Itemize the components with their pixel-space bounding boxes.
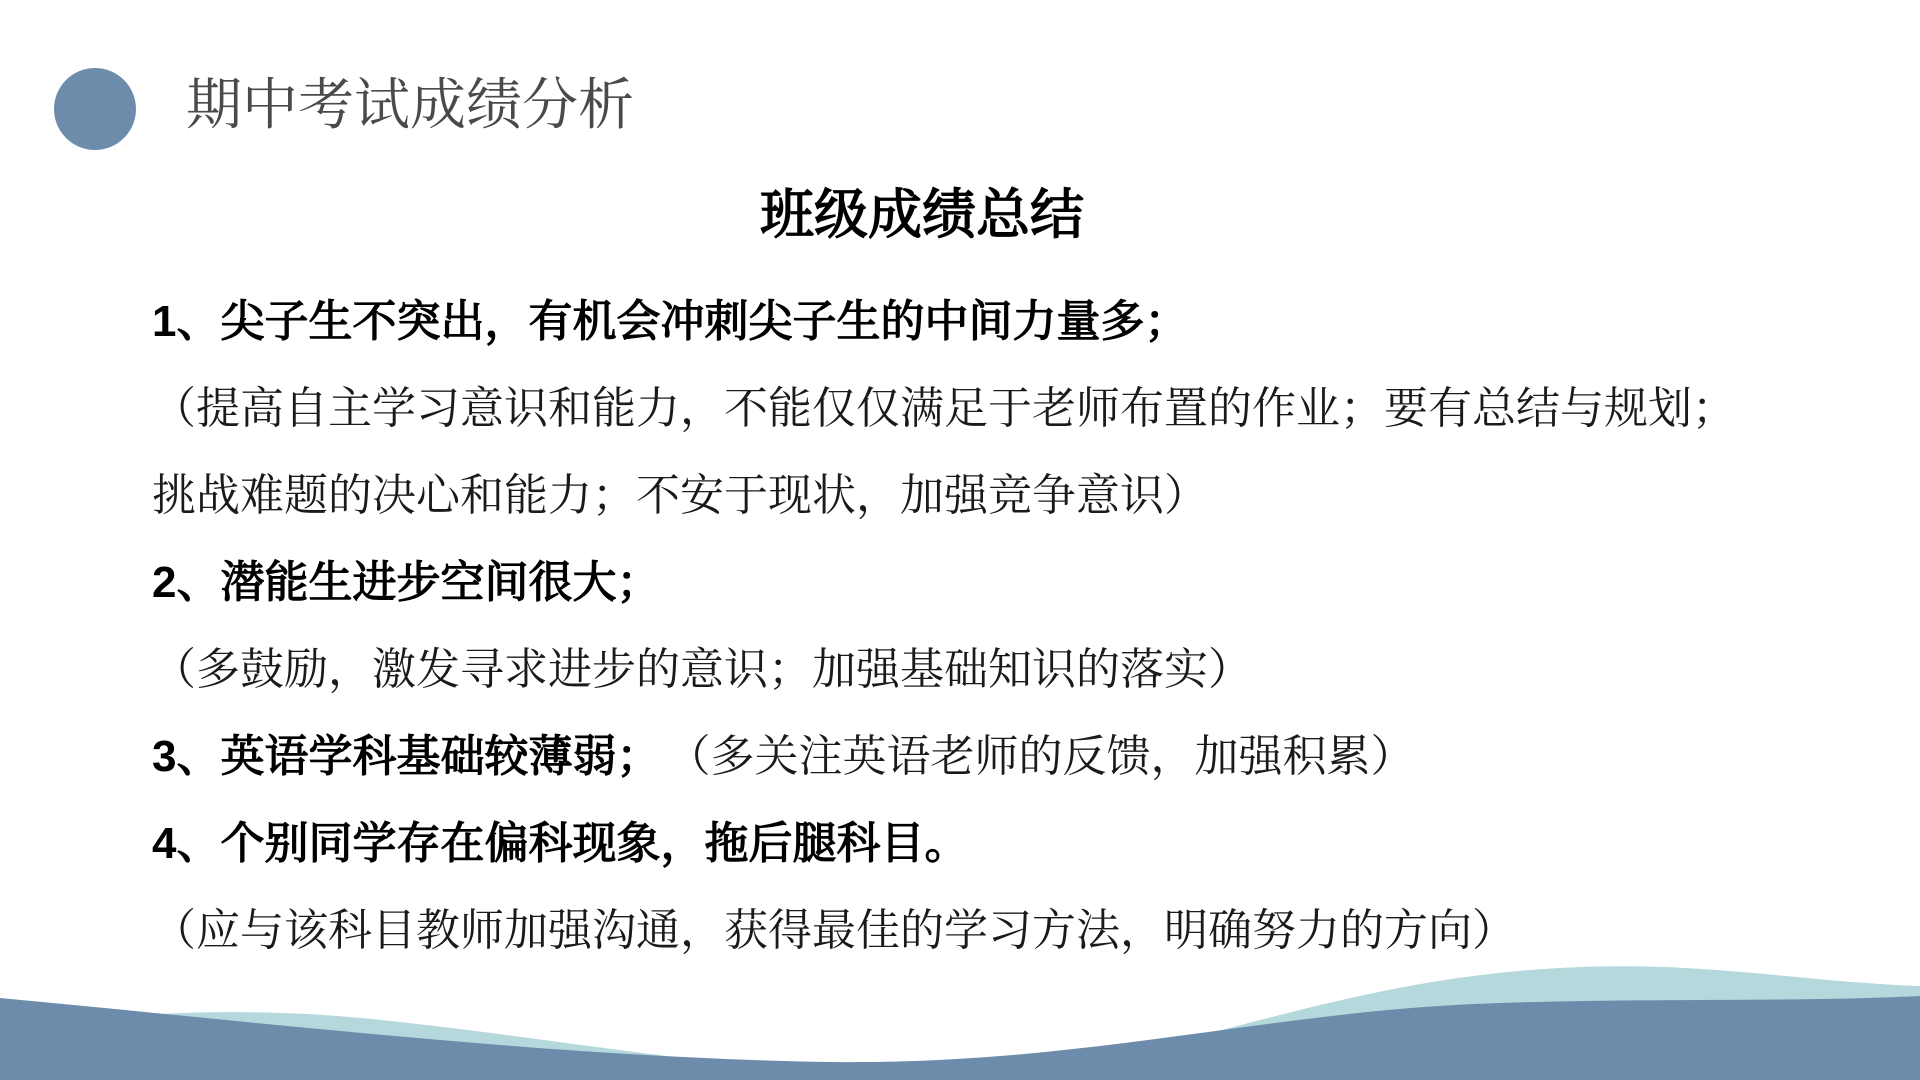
line-normal-segment: （多鼓励，激发寻求进步的意识；加强基础知识的落实） <box>152 645 1252 694</box>
body-line: 2、潜能生进步空间很大； <box>152 539 1892 626</box>
line-bold-segment: 1、尖子生不突出，有机会冲刺尖子生的中间力量多； <box>152 297 1188 346</box>
body-text-block: 1、尖子生不突出，有机会冲刺尖子生的中间力量多； （提高自主学习意识和能力，不能… <box>152 278 1892 974</box>
bottom-wave-decoration <box>0 930 1920 1080</box>
slide-title: 班级成绩总结 <box>0 172 1844 249</box>
body-line: 4、个别同学存在偏科现象，拖后腿科目。 <box>152 800 1892 887</box>
body-line: 1、尖子生不突出，有机会冲刺尖子生的中间力量多； <box>152 278 1892 365</box>
wave-dark-shape <box>0 996 1920 1080</box>
body-line: （多鼓励，激发寻求进步的意识；加强基础知识的落实） <box>152 626 1892 713</box>
header-title: 期中考试成绩分析 <box>186 64 634 148</box>
line-bold-segment: 4、个别同学存在偏科现象，拖后腿科目。 <box>152 819 968 868</box>
line-bold-segment: 2、潜能生进步空间很大； <box>152 558 660 607</box>
line-bold-segment: 3、英语学科基础较薄弱； <box>152 732 660 781</box>
slide-canvas: 期中考试成绩分析 班级成绩总结 1、尖子生不突出，有机会冲刺尖子生的中间力量多；… <box>0 0 1920 1080</box>
line-normal-segment: （提高自主学习意识和能力，不能仅仅满足于老师布置的作业；要有总结与规划； <box>152 384 1736 433</box>
header-circle-decoration <box>54 68 136 150</box>
line-normal-segment: 挑战难题的决心和能力；不安于现状，加强竞争意识） <box>152 471 1208 520</box>
line-normal-segment: （多关注英语老师的反馈，加强积累） <box>688 732 1414 781</box>
body-line: 挑战难题的决心和能力；不安于现状，加强竞争意识） <box>152 452 1892 539</box>
body-line: （提高自主学习意识和能力，不能仅仅满足于老师布置的作业；要有总结与规划； <box>152 365 1892 452</box>
body-line: 3、英语学科基础较薄弱；（多关注英语老师的反馈，加强积累） <box>152 713 1892 800</box>
